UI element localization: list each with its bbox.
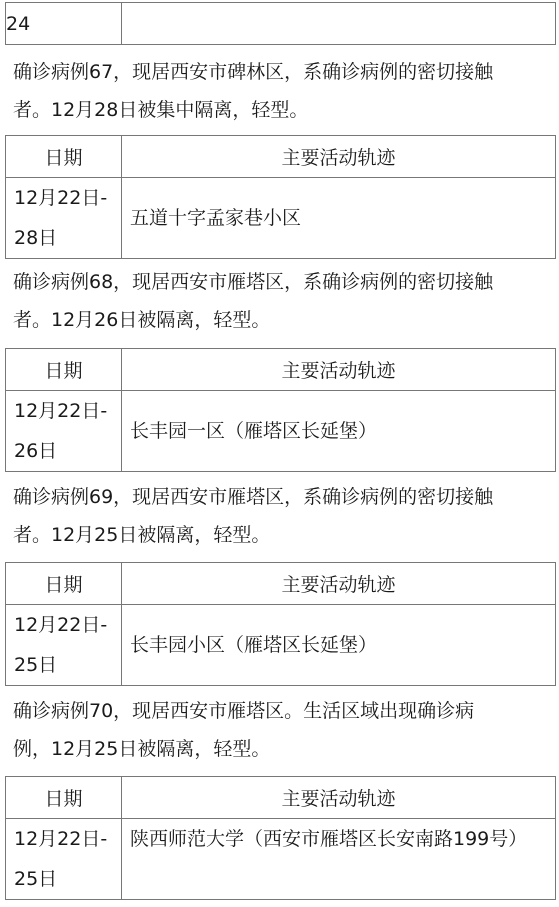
date-cell: 12月22日- 25日	[6, 605, 122, 686]
trace-cell: 长丰园小区（雁塔区长延堡）	[122, 605, 556, 686]
activity-table: 日期 主要活动轨迹 12月22日- 25日 陕西师范大学（西安市雁塔区长安南路1…	[5, 776, 556, 900]
case-description-line: 确诊病例68，现居西安市雁塔区，系确诊病例的密切接触	[13, 271, 493, 293]
activity-table: 日期 主要活动轨迹 12月22日- 28日 五道十字孟家巷小区	[5, 135, 556, 259]
date-line: 25日	[14, 654, 57, 676]
date-cell: 12月22日- 28日	[6, 178, 122, 259]
date-cell: 12月22日- 25日	[6, 819, 122, 900]
case-description: 确诊病例67，现居西安市碑林区，系确诊病例的密切接触 者。12月28日被集中隔离…	[13, 53, 553, 129]
table-header-row: 日期 主要活动轨迹	[6, 349, 556, 391]
column-header-date: 日期	[6, 777, 122, 819]
column-header-trace: 主要活动轨迹	[122, 349, 556, 391]
trace-cell: 陕西师范大学（西安市雁塔区长安南路199号）	[122, 819, 556, 900]
case-description-line: 确诊病例70，现居西安市雁塔区。生活区域出现确诊病	[13, 700, 474, 722]
case-description-line: 者。12月26日被隔离，轻型。	[13, 309, 270, 331]
date-cell: 24	[6, 3, 122, 45]
column-header-trace: 主要活动轨迹	[122, 563, 556, 605]
trace-cell: 长丰园一区（雁塔区长延堡）	[122, 391, 556, 472]
date-line: 12月22日-	[14, 400, 107, 422]
date-cell: 12月22日- 26日	[6, 391, 122, 472]
date-line: 25日	[14, 868, 57, 890]
column-header-date: 日期	[6, 136, 122, 178]
trace-cell: 五道十字孟家巷小区	[122, 178, 556, 259]
date-line: 26日	[14, 440, 57, 462]
column-header-date: 日期	[6, 563, 122, 605]
table-header-row: 日期 主要活动轨迹	[6, 777, 556, 819]
table-row: 24	[6, 3, 556, 45]
table-row: 12月22日- 28日 五道十字孟家巷小区	[6, 178, 556, 259]
case-description-line: 确诊病例69，现居西安市雁塔区，系确诊病例的密切接触	[13, 486, 493, 508]
date-line: 12月22日-	[14, 828, 107, 850]
column-header-trace: 主要活动轨迹	[122, 136, 556, 178]
table-header-row: 日期 主要活动轨迹	[6, 136, 556, 178]
case-description-line: 例，12月25日被隔离，轻型。	[13, 738, 270, 760]
case-description: 确诊病例70，现居西安市雁塔区。生活区域出现确诊病 例，12月25日被隔离，轻型…	[13, 692, 553, 768]
case-description-line: 者。12月25日被隔离，轻型。	[13, 524, 270, 546]
column-header-date: 日期	[6, 349, 122, 391]
table-row: 12月22日- 26日 长丰园一区（雁塔区长延堡）	[6, 391, 556, 472]
table-row: 12月22日- 25日 长丰园小区（雁塔区长延堡）	[6, 605, 556, 686]
trace-cell	[122, 3, 556, 45]
date-line: 12月22日-	[14, 187, 107, 209]
date-line: 12月22日-	[14, 614, 107, 636]
case-description-line: 者。12月28日被集中隔离，轻型。	[13, 99, 308, 121]
activity-table: 日期 主要活动轨迹 12月22日- 25日 长丰园小区（雁塔区长延堡）	[5, 562, 556, 686]
table-row: 12月22日- 25日 陕西师范大学（西安市雁塔区长安南路199号）	[6, 819, 556, 900]
table-header-row: 日期 主要活动轨迹	[6, 563, 556, 605]
activity-table: 日期 主要活动轨迹 12月22日- 26日 长丰园一区（雁塔区长延堡）	[5, 348, 556, 472]
case-description: 确诊病例69，现居西安市雁塔区，系确诊病例的密切接触 者。12月25日被隔离，轻…	[13, 478, 553, 554]
partial-table-fragment: 24	[5, 2, 556, 45]
case-description: 确诊病例68，现居西安市雁塔区，系确诊病例的密切接触 者。12月26日被隔离，轻…	[13, 263, 553, 339]
column-header-trace: 主要活动轨迹	[122, 777, 556, 819]
date-line: 28日	[14, 227, 57, 249]
case-description-line: 确诊病例67，现居西安市碑林区，系确诊病例的密切接触	[13, 61, 493, 83]
